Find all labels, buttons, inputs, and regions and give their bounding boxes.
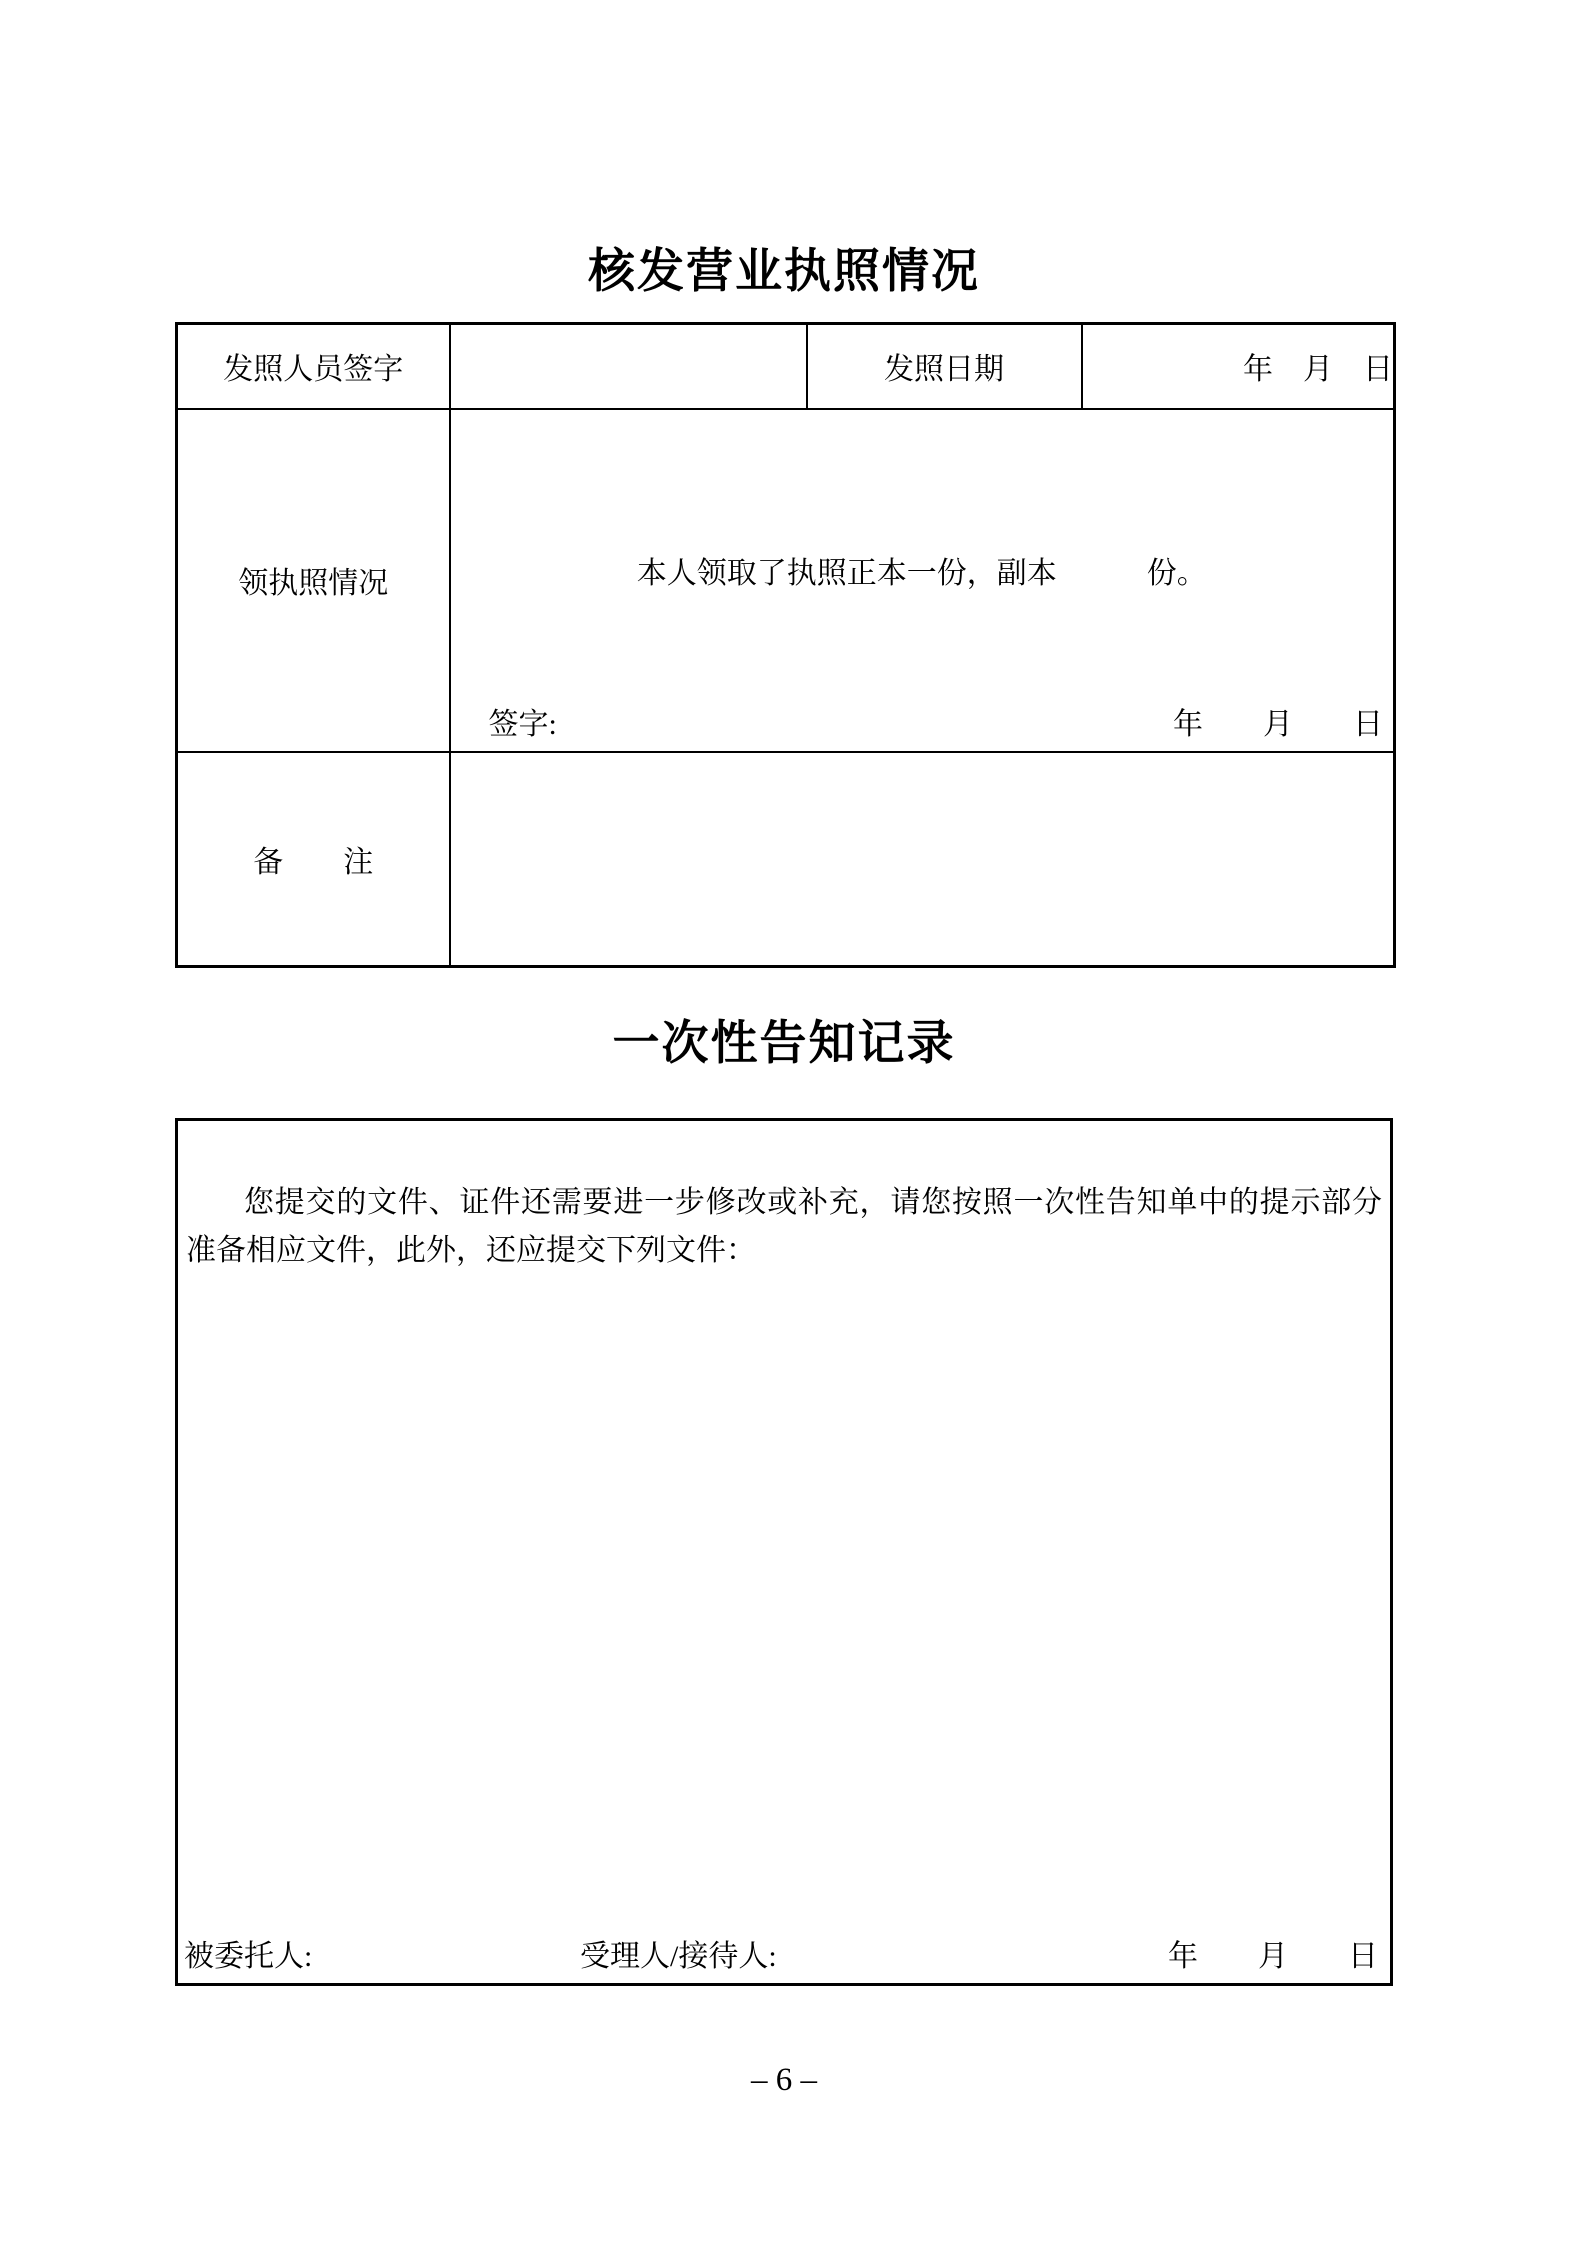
page-number: – 6 – [175, 2062, 1393, 2099]
notice-paragraph: 您提交的文件、证件还需要进一步修改或补充，请您按照一次性告知单中的提示部分准备相… [186, 1179, 1382, 1275]
remarks-label-cell: 备 注 [177, 752, 450, 967]
table-row: 发照人员签字 发照日期 年 月 日 [177, 324, 1395, 409]
section1-title: 核发营业执照情况 [175, 240, 1393, 304]
notice-footer: 被委托人: 受理人/接待人: 年 月 日 [184, 1937, 1378, 1975]
receipt-sign-date: 年 月 日 [1173, 699, 1383, 743]
issue-date-value-cell: 年 月 日 [1082, 324, 1395, 409]
one-time-notice-box: 您提交的文件、证件还需要进一步修改或补充，请您按照一次性告知单中的提示部分准备相… [175, 1118, 1393, 1986]
receipt-statement: 本人领取了执照正本一份，副本 份。 [451, 548, 1394, 592]
delegate-label: 被委托人: [184, 1931, 312, 1975]
table-row: 备 注 [177, 752, 1395, 967]
remarks-value-cell [450, 752, 1395, 967]
receipt-sign-label: 签字: [489, 699, 557, 743]
notice-date: 年 月 日 [1168, 1931, 1378, 1975]
receiver-label: 受理人/接待人: [580, 1931, 777, 1975]
issue-date-label-cell: 发照日期 [807, 324, 1082, 409]
receipt-sign-row: 签字: 年 月 日 [489, 699, 1384, 743]
license-issuance-table: 发照人员签字 发照日期 年 月 日 领执照情况 本人领取了执照正本一份，副本 份… [175, 322, 1396, 968]
document-page: 核发营业执照情况 发照人员签字 发照日期 年 月 日 领执照情况 本人领取了执照… [0, 0, 1587, 2245]
receipt-label-cell: 领执照情况 [177, 409, 450, 752]
section2-title: 一次性告知记录 [175, 1012, 1393, 1076]
issuer-sign-input-cell [450, 324, 807, 409]
receipt-content-cell: 本人领取了执照正本一份，副本 份。 签字: 年 月 日 [450, 409, 1395, 752]
table-row: 领执照情况 本人领取了执照正本一份，副本 份。 签字: 年 月 日 [177, 409, 1395, 752]
issuer-sign-label-cell: 发照人员签字 [177, 324, 450, 409]
